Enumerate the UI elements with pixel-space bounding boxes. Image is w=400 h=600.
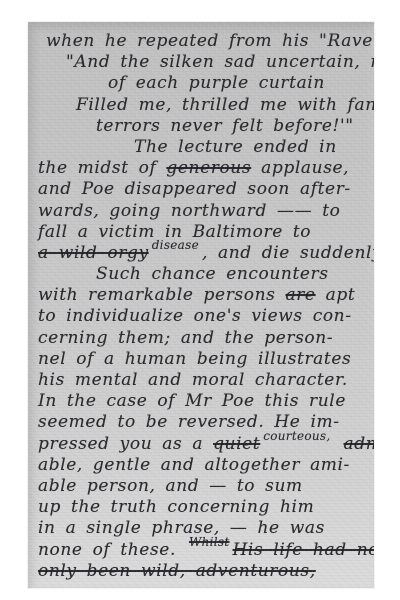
handwritten-text: of each purple curtain bbox=[108, 73, 325, 93]
struck-through-text: His life had not bbox=[233, 540, 375, 560]
manuscript-line: the midst of generous applause, bbox=[34, 158, 370, 179]
manuscript-line: wards, going northward —— to bbox=[34, 201, 370, 222]
handwritten-text: The lecture ended in bbox=[134, 137, 337, 157]
manuscript-line: of each purple curtain bbox=[34, 73, 370, 94]
manuscript-line: nel of a human being illustrates bbox=[34, 349, 370, 370]
manuscript-line: In the case of Mr Poe this rule bbox=[34, 391, 370, 412]
handwritten-text: Such chance encounters bbox=[96, 264, 329, 284]
handwritten-text: applause, bbox=[251, 158, 349, 178]
manuscript-line: The lecture ended in bbox=[34, 137, 370, 158]
manuscript-line: with remarkable persons are apt bbox=[34, 285, 370, 306]
manuscript-line: only been wild, adventurous, bbox=[34, 561, 370, 582]
struck-through-text: quiet bbox=[213, 434, 260, 454]
handwritten-text: and Poe disappeared soon after- bbox=[38, 179, 351, 199]
handwritten-text: able, gentle and altogether ami- bbox=[38, 455, 350, 475]
handwritten-text: up the truth concerning him bbox=[38, 497, 314, 517]
handwritten-text: with remarkable persons bbox=[38, 285, 285, 305]
handwritten-text: cerning them; and the person- bbox=[38, 328, 333, 348]
handwritten-text: his mental and moral character. bbox=[38, 370, 348, 390]
handwritten-text: nel of a human being illustrates bbox=[38, 349, 351, 369]
manuscript-line: pressed you as a quietcourteous, admir- bbox=[34, 434, 370, 455]
manuscript-line: his mental and moral character. bbox=[34, 370, 370, 391]
manuscript-photo: when he repeated from his "Raven"11"And … bbox=[28, 22, 374, 588]
manuscript-line: cerning them; and the person- bbox=[34, 328, 370, 349]
handwritten-text: when he repeated from his "Raven" bbox=[46, 31, 374, 51]
struck-through-text: generous bbox=[166, 158, 251, 178]
handwritten-text: , and die suddenly. bbox=[202, 243, 374, 263]
struck-through-text: a wild orgy bbox=[38, 243, 149, 263]
handwritten-text: pressed you as a bbox=[38, 434, 213, 454]
manuscript-line: fall a victim in Baltimore to bbox=[34, 222, 370, 243]
manuscript-text-block: when he repeated from his "Raven"11"And … bbox=[34, 31, 370, 582]
handwritten-text: wards, going northward —— to bbox=[38, 201, 340, 221]
handwritten-text: In the case of Mr Poe this rule bbox=[38, 391, 346, 411]
handwritten-text bbox=[334, 434, 344, 454]
handwritten-text: "And the silken sad uncertain, rustling bbox=[66, 52, 374, 72]
handwritten-text: Filled me, thrilled me with fantastic bbox=[76, 95, 374, 115]
manuscript-line: to individualize one's views con- bbox=[34, 306, 370, 327]
inserted-struck-word: Whilst bbox=[189, 532, 230, 553]
manuscript-line: Such chance encounters bbox=[34, 264, 370, 285]
manuscript-line: a wild orgydisease, and die suddenly. bbox=[34, 243, 370, 264]
photographed-manuscript-plate: { "document": { "page_number": "11", "co… bbox=[0, 0, 400, 600]
manuscript-line: and Poe disappeared soon after- bbox=[34, 179, 370, 200]
handwritten-text: apt bbox=[316, 285, 356, 305]
manuscript-line: able person, and — to sum bbox=[34, 476, 370, 497]
handwritten-text: the midst of bbox=[38, 158, 166, 178]
manuscript-line: Filled me, thrilled me with fantastic bbox=[34, 95, 370, 116]
struck-through-text: only been wild, adventurous, bbox=[38, 561, 316, 581]
handwritten-text: none of these. bbox=[38, 540, 186, 560]
inserted-word: courteous, bbox=[263, 426, 330, 447]
manuscript-line: "And the silken sad uncertain, rustling bbox=[34, 52, 370, 73]
inserted-word: disease bbox=[152, 235, 199, 256]
manuscript-line: up the truth concerning him bbox=[34, 497, 370, 518]
manuscript-line: terrors never felt before!'" bbox=[34, 116, 370, 137]
manuscript-line: none of these. WhilstHis life had not bbox=[34, 540, 370, 561]
struck-through-text: are bbox=[285, 285, 315, 305]
manuscript-line: when he repeated from his "Raven"11 bbox=[34, 31, 370, 52]
struck-through-text: admir- bbox=[344, 434, 374, 454]
manuscript-line: able, gentle and altogether ami- bbox=[34, 455, 370, 476]
handwritten-text: terrors never felt before!'" bbox=[96, 116, 354, 136]
handwritten-text: to individualize one's views con- bbox=[38, 306, 352, 326]
handwritten-text: in a single phrase, — he was bbox=[38, 518, 325, 538]
handwritten-text: able person, and — to sum bbox=[38, 476, 303, 496]
